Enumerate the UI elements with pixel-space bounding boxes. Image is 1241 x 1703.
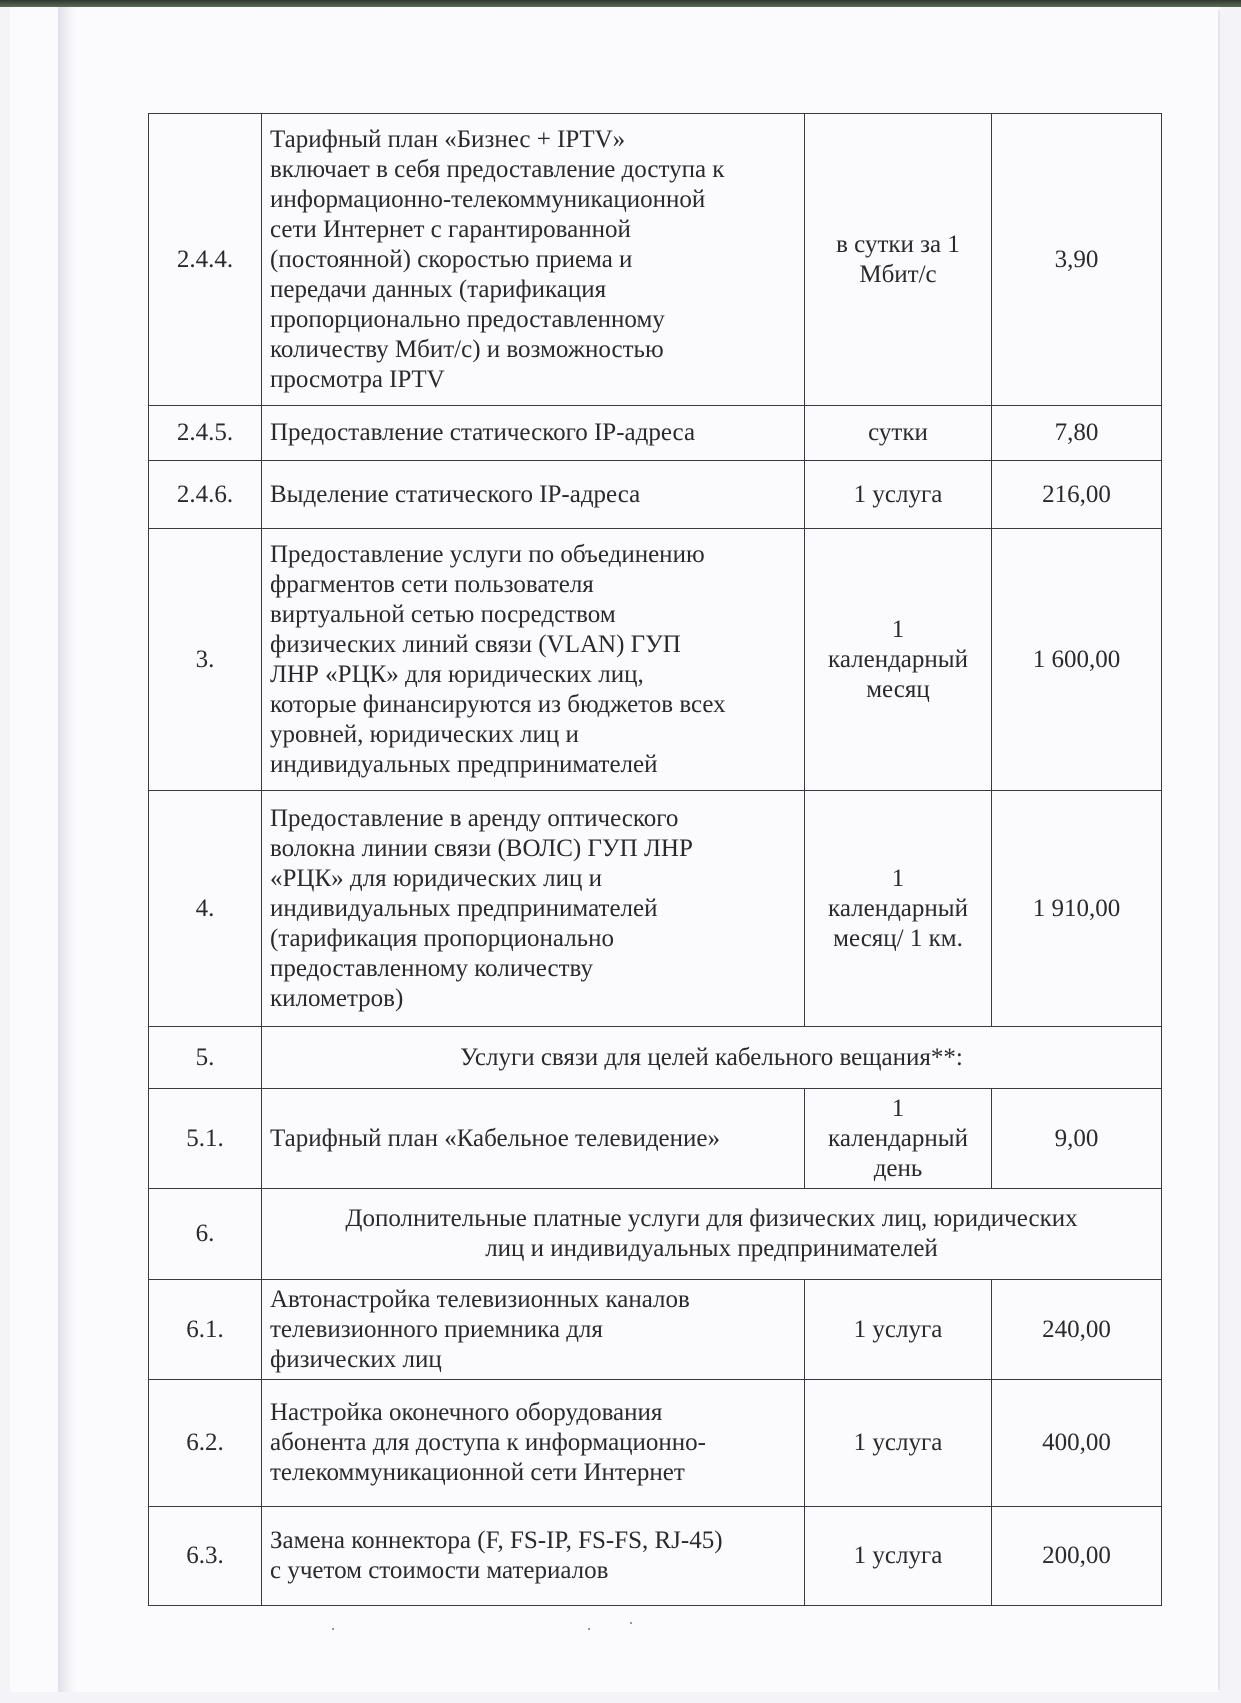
scan-artifact	[630, 1622, 632, 1624]
table-row: 3. Предоставление услуги по объединению …	[149, 529, 1162, 791]
table-row: 2.4.5. Предоставление статического IP-ад…	[149, 406, 1162, 461]
service-name: Предоставление статического IP-адреса	[262, 406, 805, 461]
table-row: 6.1. Автонастройка телевизионных каналов…	[149, 1280, 1162, 1380]
service-name: Автонастройка телевизионных каналов теле…	[262, 1280, 805, 1380]
price: 3,90	[992, 114, 1162, 406]
section-title: Дополнительные платные услуги для физиче…	[262, 1189, 1162, 1280]
unit-of-measure: сутки	[805, 406, 992, 461]
scan-top-edge	[0, 0, 1241, 7]
unit-of-measure: в сутки за 1 Мбит/с	[805, 114, 992, 406]
row-number: 6.1.	[149, 1280, 262, 1380]
price: 1 910,00	[992, 791, 1162, 1027]
service-name: Предоставление услуги по объединению фра…	[262, 529, 805, 791]
section-row: 6. Дополнительные платные услуги для физ…	[149, 1189, 1162, 1280]
unit-of-measure: 1 календарный месяц	[805, 529, 992, 791]
table-row: 6.3. Замена коннектора (F, FS-IP, FS-FS,…	[149, 1507, 1162, 1606]
row-number: 6.3.	[149, 1507, 262, 1606]
price: 400,00	[992, 1380, 1162, 1507]
row-number: 2.4.4.	[149, 114, 262, 406]
unit-of-measure: 1 услуга	[805, 1380, 992, 1507]
price: 1 600,00	[992, 529, 1162, 791]
table-row: 6.2. Настройка оконечного оборудования а…	[149, 1380, 1162, 1507]
price: 7,80	[992, 406, 1162, 461]
row-number: 3.	[149, 529, 262, 791]
table-row: 4. Предоставление в аренду оптического в…	[149, 791, 1162, 1027]
unit-of-measure: 1 услуга	[805, 1280, 992, 1380]
table-row: 2.4.6. Выделение статического IP-адреса …	[149, 461, 1162, 529]
scan-artifact	[588, 1628, 590, 1630]
section-title: Услуги связи для целей кабельного вещани…	[262, 1027, 1162, 1089]
service-name: Замена коннектора (F, FS-IP, FS-FS, RJ-4…	[262, 1507, 805, 1606]
price: 240,00	[992, 1280, 1162, 1380]
row-number: 6.2.	[149, 1380, 262, 1507]
service-name: Тарифный план «Бизнес + IPTV» включает в…	[262, 114, 805, 406]
service-name: Предоставление в аренду оптического воло…	[262, 791, 805, 1027]
service-name: Тарифный план «Кабельное телевидение»	[262, 1089, 805, 1189]
unit-of-measure: 1 календарный день	[805, 1089, 992, 1189]
scan-artifact	[332, 1628, 334, 1630]
service-name: Выделение статического IP-адреса	[262, 461, 805, 529]
row-number: 2.4.6.	[149, 461, 262, 529]
unit-of-measure: 1 услуга	[805, 1507, 992, 1606]
section-number: 6.	[149, 1189, 262, 1280]
page-right-edge	[1218, 10, 1220, 1690]
service-name: Настройка оконечного оборудования абонен…	[262, 1380, 805, 1507]
price: 9,00	[992, 1089, 1162, 1189]
table-row: 2.4.4. Тарифный план «Бизнес + IPTV» вкл…	[149, 114, 1162, 406]
price: 216,00	[992, 461, 1162, 529]
tariff-table: 2.4.4. Тарифный план «Бизнес + IPTV» вкл…	[148, 113, 1162, 1606]
table-row: 5.1. Тарифный план «Кабельное телевидени…	[149, 1089, 1162, 1189]
row-number: 2.4.5.	[149, 406, 262, 461]
unit-of-measure: 1 календарный месяц/ 1 км.	[805, 791, 992, 1027]
section-number: 5.	[149, 1027, 262, 1089]
page-binding-shadow	[58, 7, 76, 1692]
section-row: 5. Услуги связи для целей кабельного вещ…	[149, 1027, 1162, 1089]
price: 200,00	[992, 1507, 1162, 1606]
unit-of-measure: 1 услуга	[805, 461, 992, 529]
row-number: 5.1.	[149, 1089, 262, 1189]
row-number: 4.	[149, 791, 262, 1027]
